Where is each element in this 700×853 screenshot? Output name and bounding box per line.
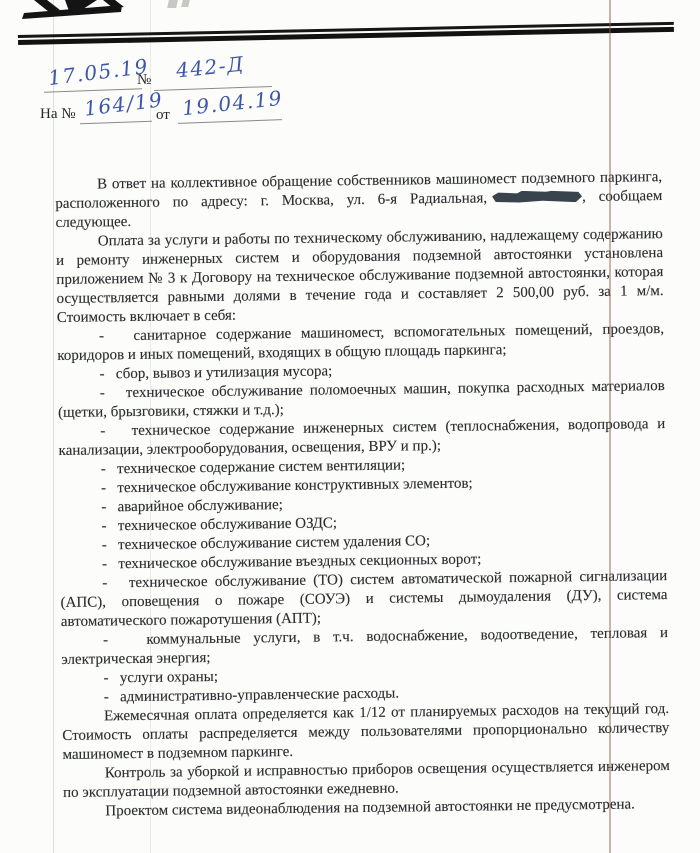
letterhead-ghost-mark — [181, 0, 190, 7]
intro-text: В ответ на коллективное обращение собств… — [55, 169, 662, 212]
scan-artifact-line — [53, 0, 54, 853]
handwritten-incoming-date: 19.04.19 — [181, 86, 284, 120]
intro-paragraph: В ответ на коллективное обращение собств… — [55, 168, 663, 233]
letterhead-divider — [18, 22, 674, 45]
letter-body: В ответ на коллективное обращение собств… — [55, 168, 670, 822]
incoming-number-underline — [80, 121, 152, 125]
reply-to-label: На № — [40, 106, 76, 123]
monthly-payment-paragraph: Ежемесячная оплата определяется как 1/12… — [62, 700, 670, 765]
scanned-letter-page: 17.05.19 № 442-Д На № 164/19 от 19.04.19… — [0, 0, 700, 853]
incoming-date-underline — [178, 119, 282, 124]
handwritten-date: 17.05.19 — [47, 54, 150, 90]
service-item: - техническое обслуживание (ТО) систем а… — [60, 567, 668, 632]
redaction-bar — [492, 190, 582, 203]
letterhead-ghost-mark — [167, 0, 178, 8]
handwritten-outgoing-number: 442-Д — [175, 51, 246, 82]
payment-paragraph: Оплата за услуги и работы по техническом… — [56, 225, 664, 328]
letterhead-logo-icon — [18, 0, 168, 20]
handwritten-incoming-number: 164/19 — [83, 87, 165, 120]
